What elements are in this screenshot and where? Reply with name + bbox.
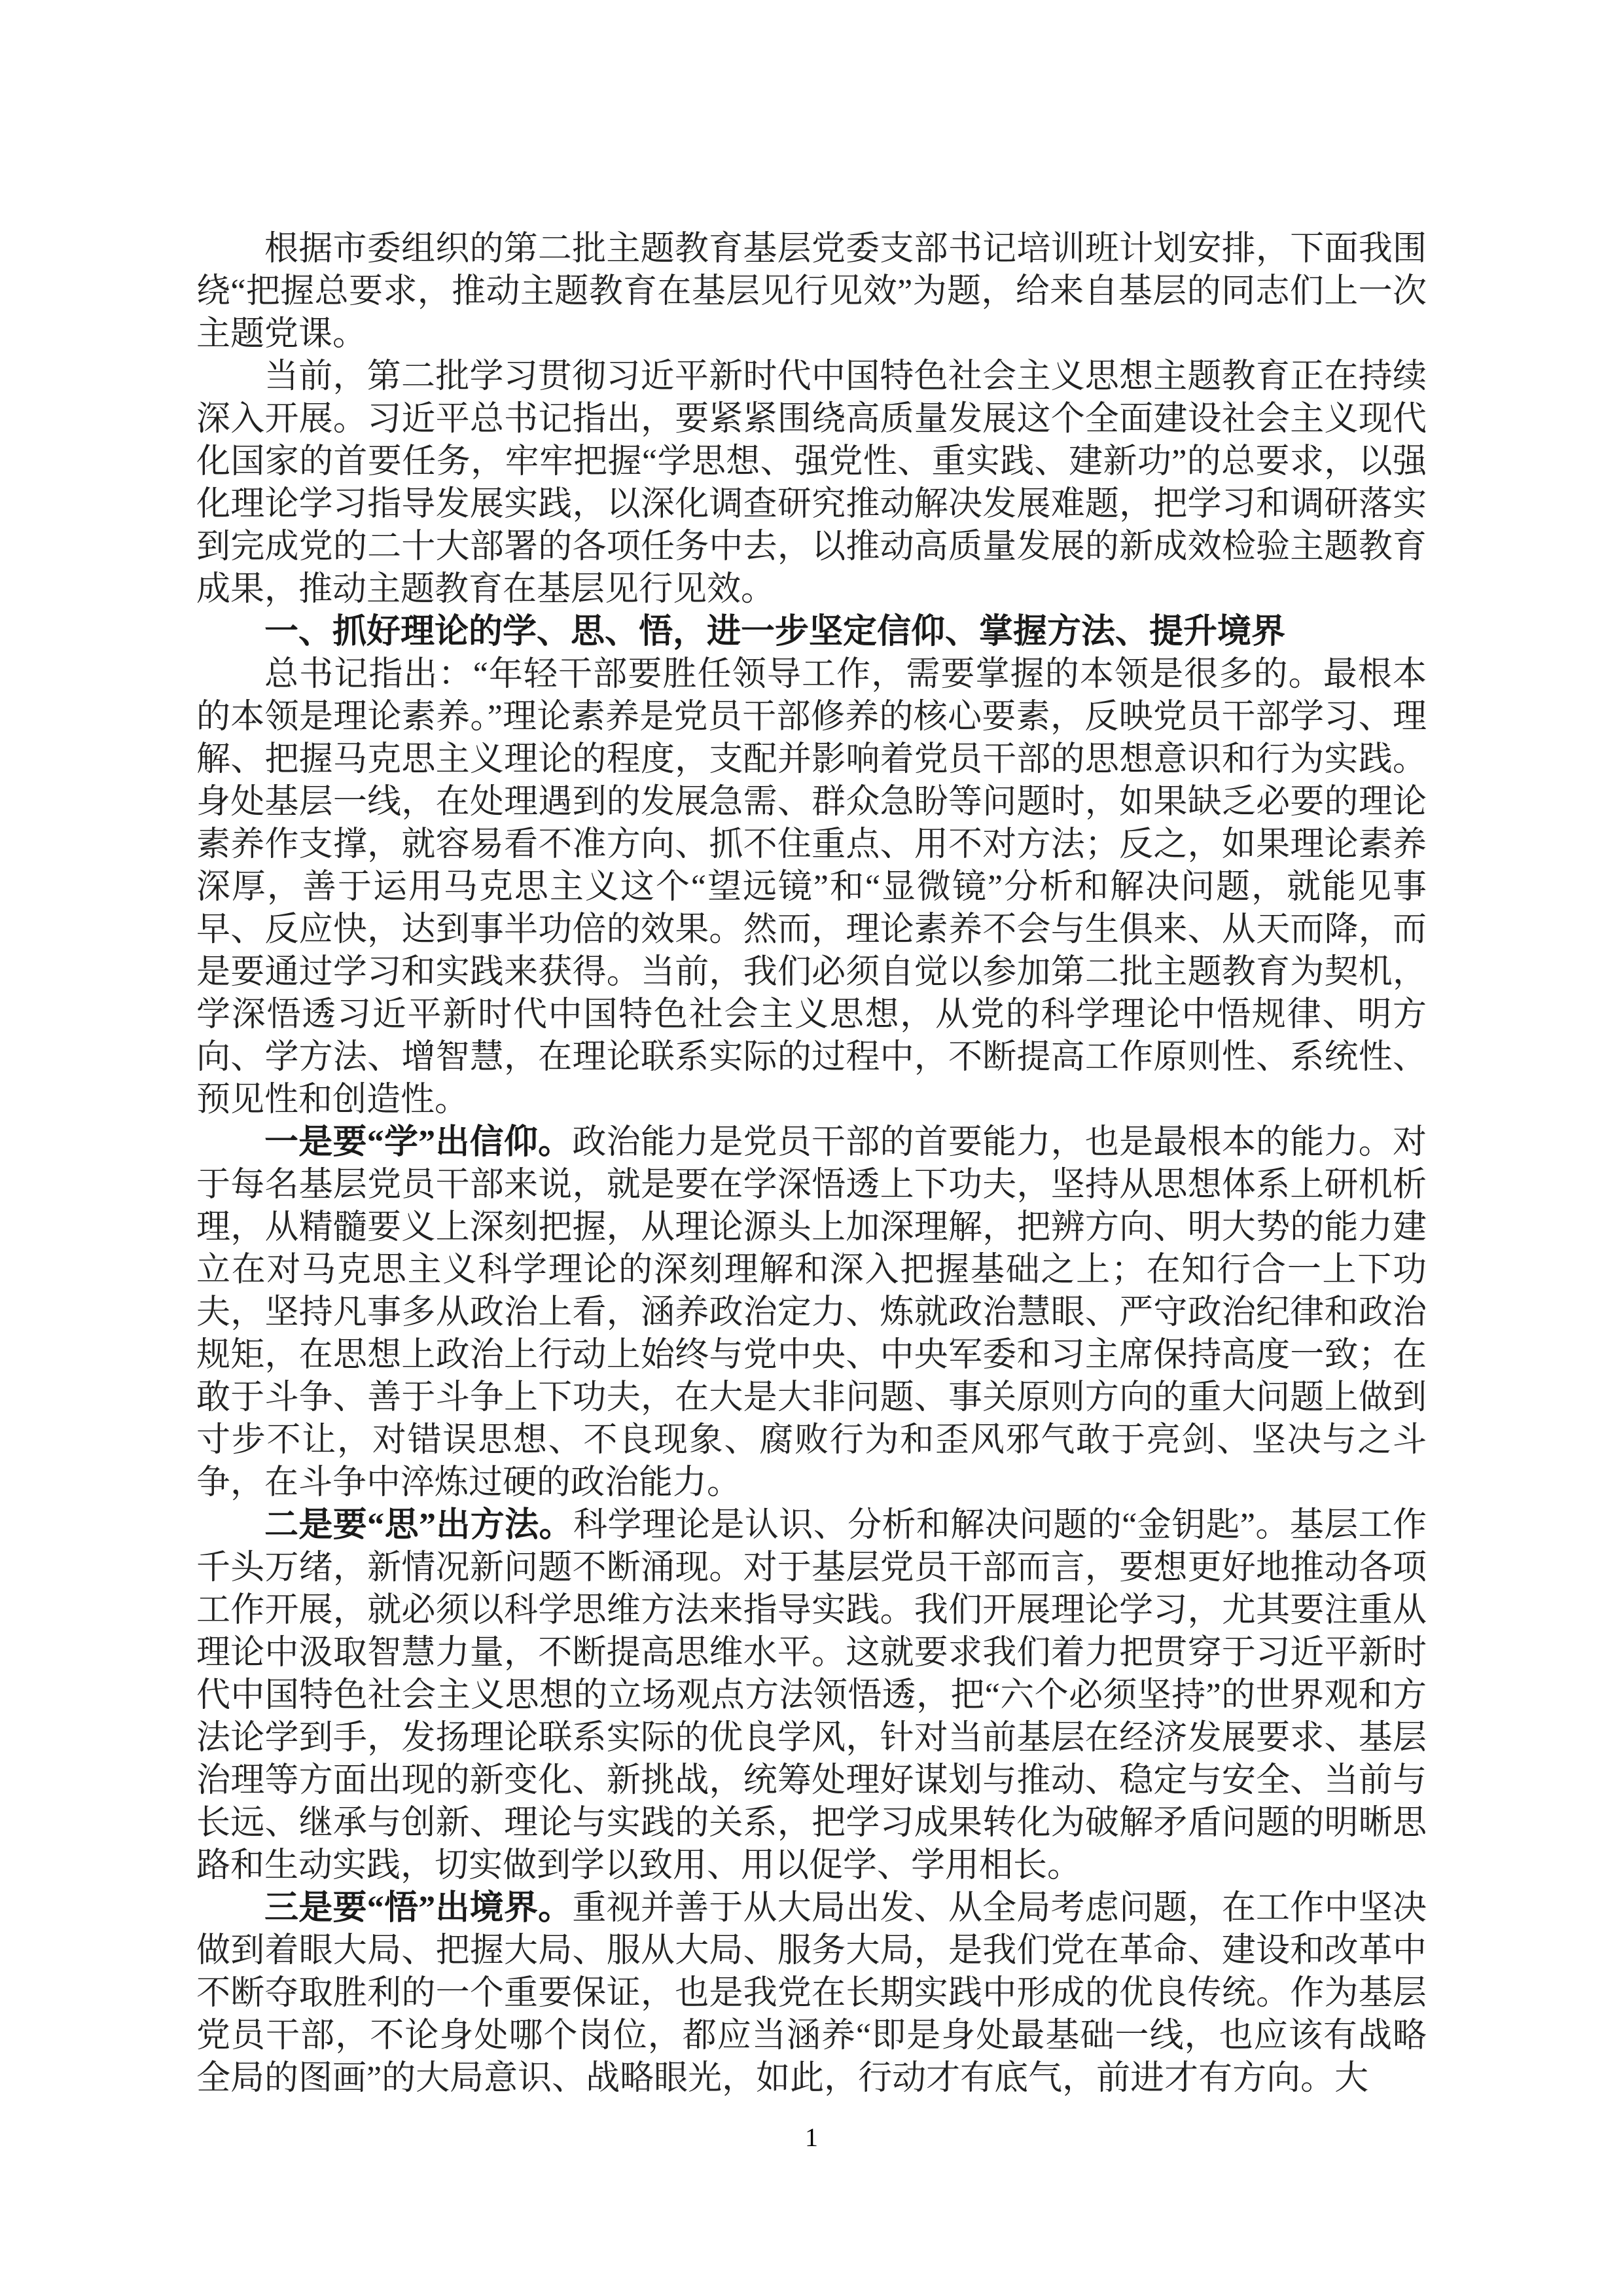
document-page: 根据市委组织的第二批主题教育基层党委支部书记培训班计划安排，下面我围绕“把握总要… <box>0 0 1623 2296</box>
document-body: 根据市委组织的第二批主题教育基层党委支部书记培训班计划安排，下面我围绕“把握总要… <box>196 228 1427 2100</box>
paragraph-text: 政治能力是党员干部的首要能力，也是最根本的能力。对于每名基层党员干部来说，就是要… <box>196 1124 1427 1501</box>
paragraph-theory: 总书记指出：“年轻干部要胜任领导工作，需要掌握的本领是很多的。最根本的本领是理论… <box>196 653 1427 1121</box>
paragraph-text: 当前，第二批学习贯彻习近平新时代中国特色社会主义思想主题教育正在持续深入开展。习… <box>196 358 1427 608</box>
paragraph-lead: 三是要“悟”出境界。 <box>264 1890 572 1927</box>
section-heading-text: 一、抓好理论的学、思、悟，进一步坚定信仰、掌握方法、提升境界 <box>264 613 1285 651</box>
paragraph-lead: 一是要“学”出信仰。 <box>264 1124 572 1161</box>
paragraph-text: 总书记指出：“年轻干部要胜任领导工作，需要掌握的本领是很多的。最根本的本领是理论… <box>196 656 1427 1119</box>
paragraph-point-3: 三是要“悟”出境界。重视并善于从大局出发、从全局考虑问题，在工作中坚决做到着眼大… <box>196 1887 1427 2100</box>
page-number: 1 <box>805 2123 818 2152</box>
paragraph-text: 科学理论是认识、分析和解决问题的“金钥匙”。基层工作千头万绪，新情况新问题不断涌… <box>196 1507 1427 1884</box>
paragraph-point-1: 一是要“学”出信仰。政治能力是党员干部的首要能力，也是最根本的能力。对于每名基层… <box>196 1121 1427 1504</box>
page-footer: 1 <box>0 2122 1623 2153</box>
paragraph-point-2: 二是要“思”出方法。科学理论是认识、分析和解决问题的“金钥匙”。基层工作千头万绪… <box>196 1504 1427 1887</box>
paragraph-intro: 根据市委组织的第二批主题教育基层党委支部书记培训班计划安排，下面我围绕“把握总要… <box>196 228 1427 355</box>
section-heading-1: 一、抓好理论的学、思、悟，进一步坚定信仰、掌握方法、提升境界 <box>196 611 1427 653</box>
paragraph-text: 根据市委组织的第二批主题教育基层党委支部书记培训班计划安排，下面我围绕“把握总要… <box>196 230 1427 353</box>
paragraph-lead: 二是要“思”出方法。 <box>264 1507 573 1544</box>
paragraph-context: 当前，第二批学习贯彻习近平新时代中国特色社会主义思想主题教育正在持续深入开展。习… <box>196 355 1427 611</box>
